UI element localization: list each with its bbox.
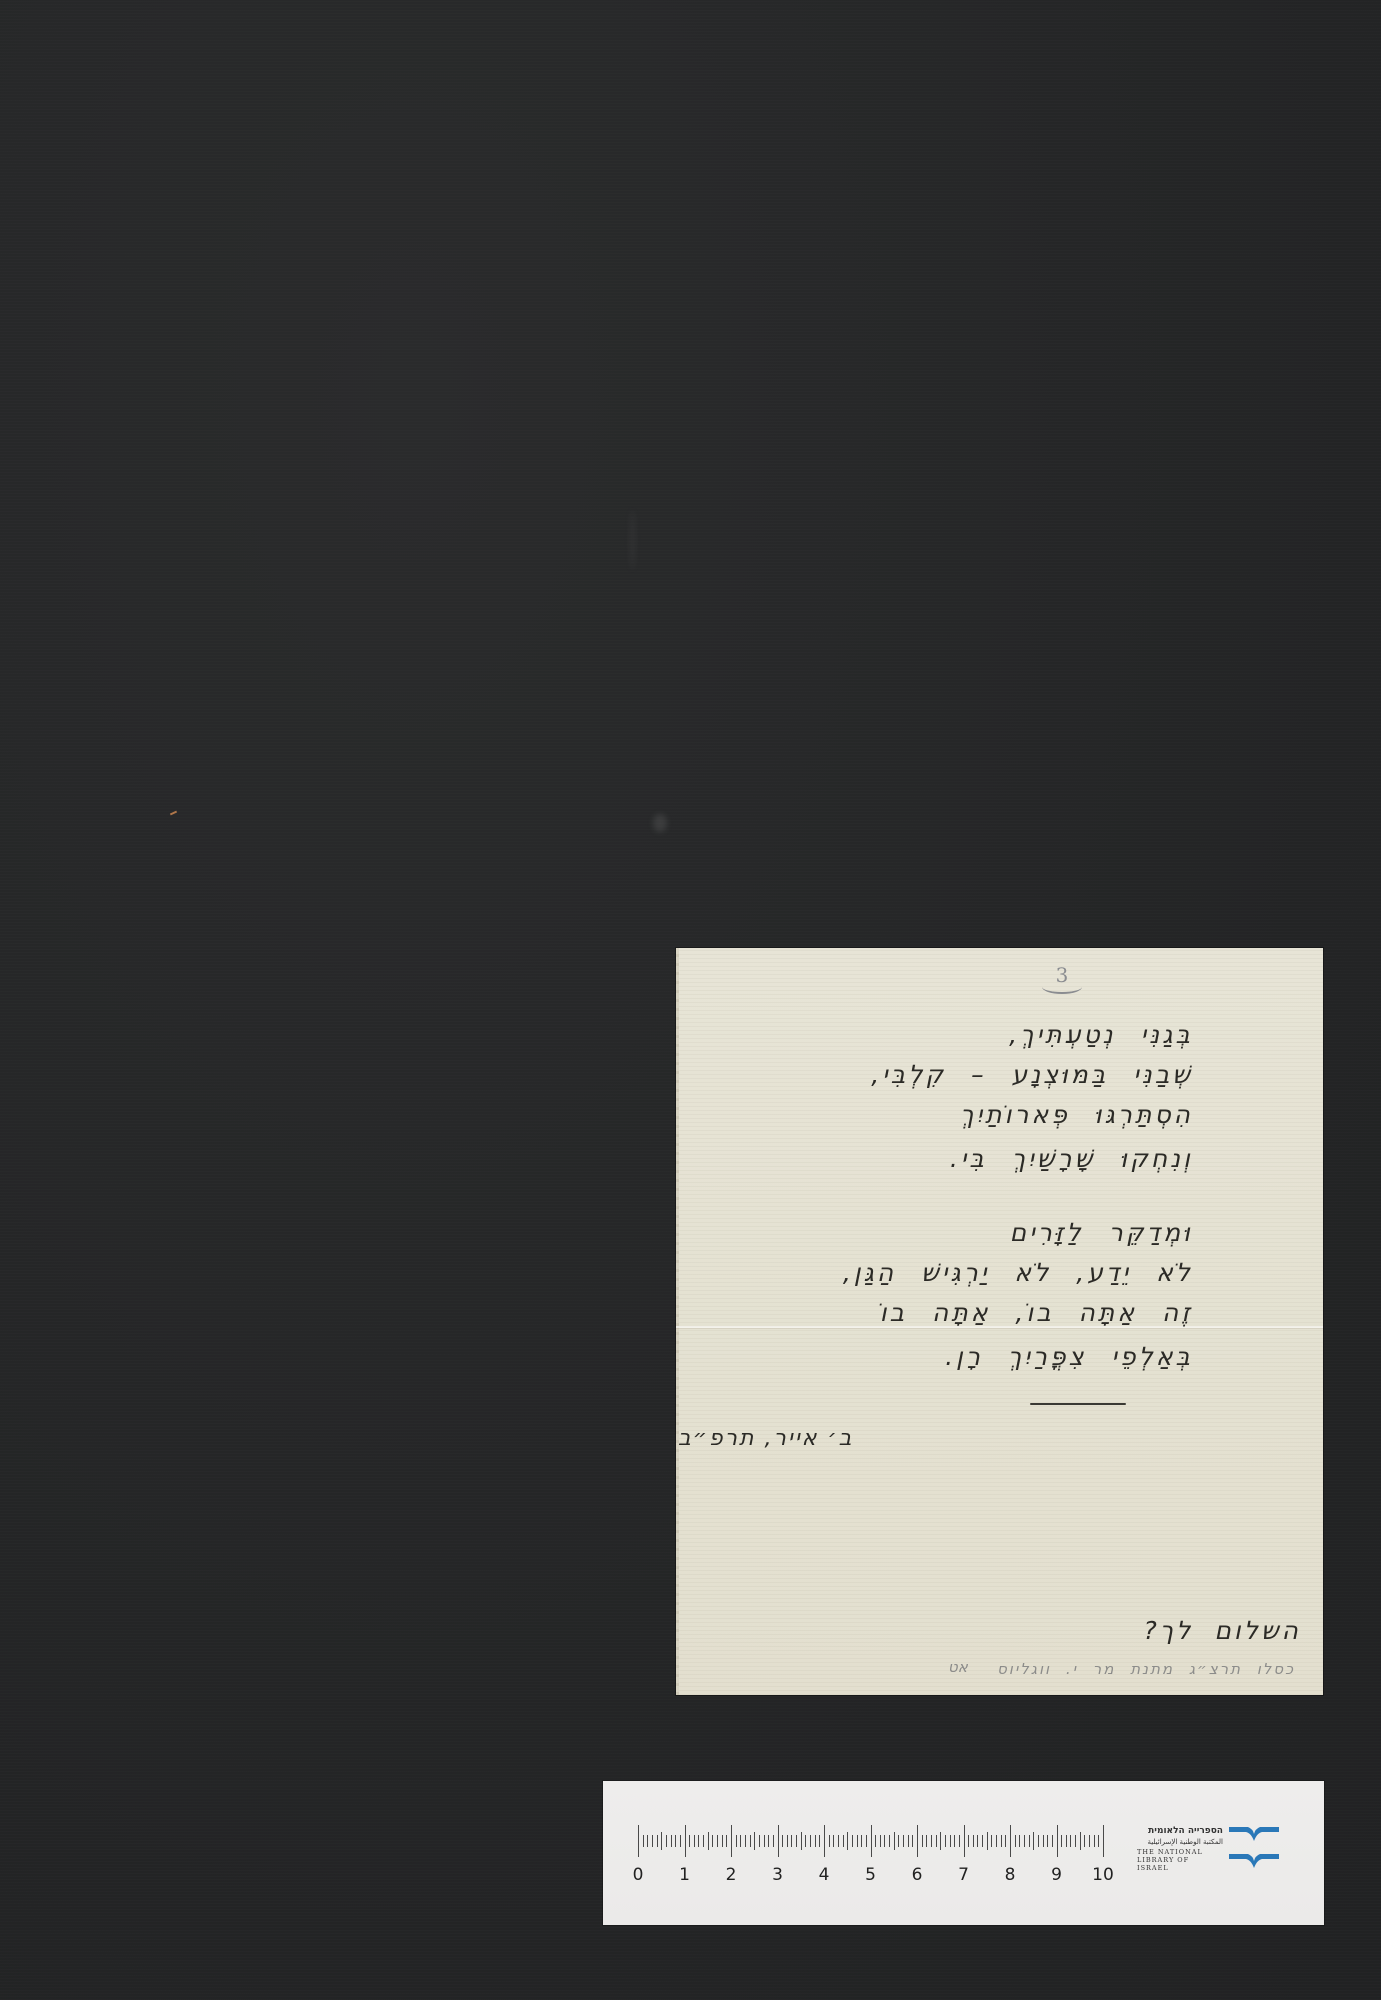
ruler-tick [964, 1825, 965, 1857]
ruler-tick [810, 1835, 811, 1847]
board-smudge [630, 510, 635, 570]
ruler-tick [768, 1835, 769, 1847]
ruler-tick [1103, 1825, 1104, 1857]
poem-stanza1-line2: שְׁבַנִּי בַּמּוּצְנָע – קִלְבִּי, [871, 1060, 1193, 1089]
ruler-tick [796, 1835, 797, 1847]
ruler-tick [731, 1825, 732, 1857]
ruler-tick [824, 1825, 825, 1857]
ruler-tick [871, 1825, 872, 1857]
ruler-tick [740, 1835, 741, 1847]
ruler-tick [750, 1835, 751, 1847]
ruler-label-3: 3 [763, 1865, 793, 1885]
ruler-tick [894, 1832, 895, 1850]
logo-english-line1: THE NATIONAL [1135, 1848, 1223, 1856]
torn-left-edge [676, 948, 679, 1695]
logo-english-line2: LIBRARY OF ISRAEL [1135, 1856, 1223, 1872]
ruler-tick [647, 1835, 648, 1847]
logo-text: הספרייה הלאומית المكتبة الوطنية الإسرائي… [1135, 1825, 1223, 1872]
scale-ruler: 012345678910 הספרייה הלאומית المكتبة الو… [603, 1781, 1324, 1925]
ruler-tick [680, 1835, 681, 1847]
ruler-tick [852, 1835, 853, 1847]
ruler-tick [880, 1835, 881, 1847]
ruler-tick [1015, 1835, 1016, 1847]
ruler-tick [954, 1835, 955, 1847]
ruler-tick [1047, 1835, 1048, 1847]
ruler-label-1: 1 [670, 1865, 700, 1885]
ruler-tick [1075, 1835, 1076, 1847]
ruler-tick [931, 1835, 932, 1847]
ruler-tick [1098, 1835, 1099, 1847]
ruler-tick [987, 1832, 988, 1850]
poem-stanza2-line3: זֶה אַתָּה בוֹ, אַתָּה בוֹ [880, 1298, 1193, 1327]
ruler-tick [889, 1835, 890, 1847]
ruler-tick [698, 1835, 699, 1847]
ruler-tick [1052, 1835, 1053, 1847]
ruler-tick [1024, 1835, 1025, 1847]
poem-stanza1-line3: הִסְתַּרְגּוּ פְּארוֹתַיִךְ [960, 1100, 1193, 1129]
poem-stanza1-line1: בְּגַנִּי נְטַעְתִּיךְ, [1009, 1020, 1193, 1049]
ruler-tick [968, 1835, 969, 1847]
ruler-tick [903, 1835, 904, 1847]
ruler-label-5: 5 [856, 1865, 886, 1885]
closing-question: השלום לך? [1143, 1616, 1301, 1645]
ruler-label-4: 4 [809, 1865, 839, 1885]
logo-arabic-name: المكتبة الوطنية الإسرائيلية [1135, 1837, 1223, 1848]
ruler-tick [754, 1832, 755, 1850]
ruler-tick [801, 1832, 802, 1850]
ruler-tick [694, 1835, 695, 1847]
ruler-tick [866, 1835, 867, 1847]
ruler-tick [638, 1825, 639, 1857]
ruler-tick [1061, 1835, 1062, 1847]
poem-stanza2-line1: וּמְדַקֵּר לַזָּרִים [1010, 1218, 1193, 1247]
ruler-label-8: 8 [995, 1865, 1025, 1885]
ruler-label-2: 2 [716, 1865, 746, 1885]
ruler-tick [996, 1835, 997, 1847]
ruler-label-0: 0 [623, 1865, 653, 1885]
ruler-tick [689, 1835, 690, 1847]
ruler-tick [977, 1835, 978, 1847]
board-smudge [653, 814, 667, 832]
ruler-tick [843, 1835, 844, 1847]
ruler-tick [1019, 1835, 1020, 1847]
ruler-tick [764, 1835, 765, 1847]
ruler-tick [926, 1835, 927, 1847]
ruler-tick [1029, 1835, 1030, 1847]
ruler-tick [657, 1835, 658, 1847]
board-fleck [170, 811, 177, 816]
ruler-tick [712, 1835, 713, 1847]
ruler-tick [675, 1835, 676, 1847]
ruler-tick [1038, 1835, 1039, 1847]
ruler-tick [759, 1835, 760, 1847]
ruler-tick [922, 1835, 923, 1847]
ruler-tick [1066, 1835, 1067, 1847]
ruler-tick [685, 1825, 686, 1857]
archival-pencil-note: כסלו תרצ״ג מתנת מר י. ווגליוס [997, 1660, 1295, 1678]
logo-hebrew-name: הספרייה הלאומית [1135, 1825, 1223, 1837]
ruler-tick [1057, 1825, 1058, 1857]
ruler-tick [940, 1832, 941, 1850]
ruler-tick [1005, 1835, 1006, 1847]
poem-stanza2-line4: בְּאַלְפֵי צִפֳּרַיִךְ רָן. [945, 1342, 1193, 1371]
archival-pencil-initials: אט [948, 1658, 968, 1676]
ruler-tick [1089, 1835, 1090, 1847]
ruler-tick [722, 1835, 723, 1847]
handwritten-divider-line [1030, 1403, 1126, 1405]
ruler-tick [703, 1835, 704, 1847]
ruler-tick [847, 1832, 848, 1850]
ruler-tick [982, 1835, 983, 1847]
ruler-tick [959, 1835, 960, 1847]
ruler-tick [884, 1835, 885, 1847]
ruler-tick [1033, 1832, 1034, 1850]
ruler-tick [829, 1835, 830, 1847]
ruler-tick [1043, 1835, 1044, 1847]
ruler-tick [782, 1835, 783, 1847]
ruler-tick [787, 1835, 788, 1847]
ruler-label-9: 9 [1042, 1865, 1072, 1885]
ruler-tick [1080, 1832, 1081, 1850]
ruler-tick [973, 1835, 974, 1847]
ruler-tick [666, 1835, 667, 1847]
ruler-tick [1010, 1825, 1011, 1857]
ruler-tick [726, 1835, 727, 1847]
ruler-tick [717, 1835, 718, 1847]
ruler-tick [773, 1835, 774, 1847]
handwritten-date: ב׳ אייר, תרפ״ב [678, 1426, 853, 1451]
ruler-tick [833, 1835, 834, 1847]
ruler-tick [908, 1835, 909, 1847]
poem-stanza2-line2: לֹא יֵדַע, לֹא יַרְגִּישׁ הַגַּן, [843, 1258, 1193, 1287]
ruler-tick [778, 1825, 779, 1857]
ruler-tick [661, 1832, 662, 1850]
ruler-tick [671, 1835, 672, 1847]
book-wing-icon [1229, 1826, 1279, 1842]
poem-stanza1-line4: וְנִחְקוּ שָׁרָשַׁיִךְ בִּי. [950, 1144, 1193, 1173]
ruler-tick [912, 1835, 913, 1847]
ruler-tick [1001, 1835, 1002, 1847]
ruler-tick [736, 1835, 737, 1847]
national-library-logo: הספרייה הלאומית المكتبة الوطنية الإسرائي… [1135, 1825, 1295, 1873]
ruler-tick [708, 1832, 709, 1850]
ruler-tick [791, 1835, 792, 1847]
ruler-tick [936, 1835, 937, 1847]
ruler-tick [861, 1835, 862, 1847]
ruler-tick [815, 1835, 816, 1847]
manuscript-page: 3 בְּגַנִּי נְטַעְתִּיךְ, שְׁבַנִּי בַּמ… [676, 948, 1323, 1695]
ruler-label-10: 10 [1088, 1865, 1118, 1885]
ruler-tick [917, 1825, 918, 1857]
ruler-tick [898, 1835, 899, 1847]
ruler-tick [875, 1835, 876, 1847]
ruler-tick [857, 1835, 858, 1847]
ruler-tick [643, 1835, 644, 1847]
ruler-tick [1094, 1835, 1095, 1847]
ruler-tick [950, 1835, 951, 1847]
ruler-label-6: 6 [902, 1865, 932, 1885]
ruler-tick [745, 1835, 746, 1847]
ruler-tick [991, 1835, 992, 1847]
ruler-tick [838, 1835, 839, 1847]
ruler-tick [945, 1835, 946, 1847]
ruler-tick [819, 1835, 820, 1847]
ruler-tick [1070, 1835, 1071, 1847]
ruler-tick [652, 1835, 653, 1847]
ruler-label-7: 7 [949, 1865, 979, 1885]
book-wing-icon [1229, 1853, 1279, 1869]
pencil-page-number: 3 [1040, 962, 1084, 992]
ruler-tick [1084, 1835, 1085, 1847]
ruler-tick-scale [638, 1823, 1108, 1857]
ruler-tick [805, 1835, 806, 1847]
